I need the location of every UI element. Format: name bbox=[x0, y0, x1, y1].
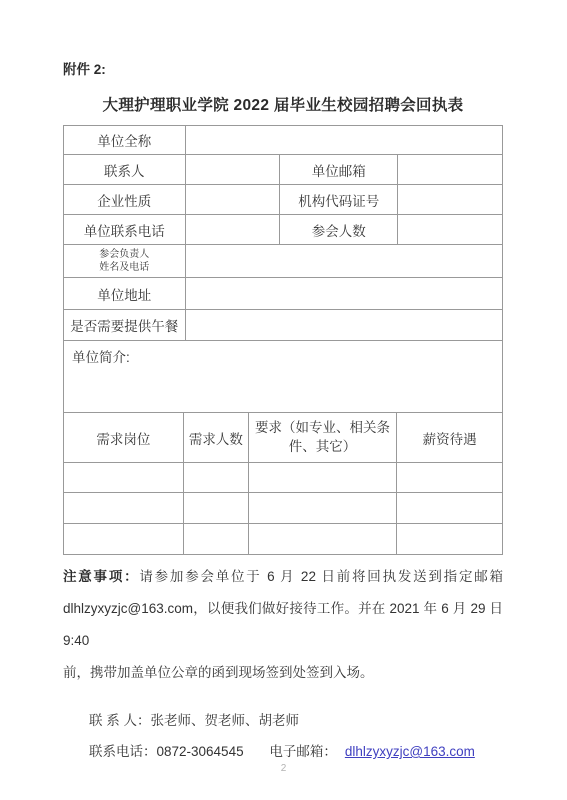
headcount-cell bbox=[183, 493, 248, 524]
column-header-salary: 薪资待遇 bbox=[397, 413, 503, 463]
notes-text-1: 请参加参会单位于 6 月 22 日前将回执发送到指定邮箱 bbox=[139, 569, 503, 584]
table-row: 单位简介: bbox=[64, 341, 503, 413]
table-row: 单位联系电话 参会人数 bbox=[64, 215, 503, 245]
table-row: 是否需要提供午餐 bbox=[64, 310, 503, 341]
page-title: 大理护理职业学院 2022 届毕业生校园招聘会回执表 bbox=[63, 93, 503, 115]
field-value-unit-phone bbox=[185, 215, 280, 245]
notes-line-2: dlhlzyxyzjc@163.com，以便我们做好接待工作。并在 2021 年… bbox=[63, 593, 503, 657]
notes-line-3: 前，携带加盖单位公章的函到现场签到处签到入场。 bbox=[63, 657, 503, 689]
field-label-responsible-person: 参会负责人 姓名及电话 bbox=[64, 245, 186, 278]
contact-phone-label: 联系电话： bbox=[89, 744, 157, 759]
contact-persons-line: 联 系 人：张老师、贺老师、胡老师 bbox=[89, 705, 503, 736]
field-value-contact-person bbox=[185, 155, 280, 185]
table-row bbox=[64, 463, 503, 493]
contact-phone-value: 0872-3064545 bbox=[157, 744, 244, 759]
positions-table: 需求岗位 需求人数 要求（如专业、相关条 件、其它） 薪资待遇 bbox=[63, 412, 503, 555]
field-value-attendee-count bbox=[398, 215, 503, 245]
field-label-unit-address: 单位地址 bbox=[64, 278, 186, 310]
registration-info-table: 单位全称 联系人 单位邮箱 企业性质 机构代码证号 单位联系电话 参会人数 bbox=[63, 125, 503, 413]
notes-label: 注意事项： bbox=[63, 569, 139, 584]
table-row: 参会负责人 姓名及电话 bbox=[64, 245, 503, 278]
field-label-lunch-needed: 是否需要提供午餐 bbox=[64, 310, 186, 341]
field-value-org-code bbox=[398, 185, 503, 215]
field-label-attendee-count: 参会人数 bbox=[280, 215, 398, 245]
contact-email-label: 电子邮箱： bbox=[269, 744, 337, 759]
page-number: 2 bbox=[0, 763, 567, 774]
field-value-unit-email bbox=[398, 155, 503, 185]
requirements-cell bbox=[248, 493, 396, 524]
field-value-enterprise-nature bbox=[185, 185, 280, 215]
field-label-unit-email: 单位邮箱 bbox=[280, 155, 398, 185]
field-value-unit-address bbox=[185, 278, 502, 310]
document-page: 附件 2: 大理护理职业学院 2022 届毕业生校园招聘会回执表 单位全称 联系… bbox=[0, 0, 567, 800]
field-value-responsible-person bbox=[185, 245, 502, 278]
column-header-requirements: 要求（如专业、相关条 件、其它） bbox=[248, 413, 396, 463]
requirements-cell bbox=[248, 463, 396, 493]
field-value-unit-full-name bbox=[185, 126, 502, 155]
column-header-headcount: 需求人数 bbox=[183, 413, 248, 463]
salary-cell bbox=[397, 493, 503, 524]
position-cell bbox=[64, 493, 184, 524]
contact-persons-label: 联 系 人： bbox=[89, 713, 151, 728]
column-header-position: 需求岗位 bbox=[64, 413, 184, 463]
field-value-lunch-needed bbox=[185, 310, 502, 341]
contacts-section: 联 系 人：张老师、贺老师、胡老师 联系电话：0872-3064545 电子邮箱… bbox=[63, 705, 503, 767]
requirements-cell bbox=[248, 524, 396, 555]
notes-line-1: 注意事项：请参加参会单位于 6 月 22 日前将回执发送到指定邮箱 bbox=[63, 561, 503, 593]
email-link[interactable]: dlhlzyxyzjc@163.com bbox=[345, 744, 475, 759]
field-unit-profile: 单位简介: bbox=[64, 341, 503, 413]
table-row: 企业性质 机构代码证号 bbox=[64, 185, 503, 215]
position-cell bbox=[64, 463, 184, 493]
attachment-label: 附件 2: bbox=[63, 58, 503, 78]
field-label-enterprise-nature: 企业性质 bbox=[64, 185, 186, 215]
field-label-unit-phone: 单位联系电话 bbox=[64, 215, 186, 245]
positions-header-row: 需求岗位 需求人数 要求（如专业、相关条 件、其它） 薪资待遇 bbox=[64, 413, 503, 463]
headcount-cell bbox=[183, 524, 248, 555]
table-row bbox=[64, 493, 503, 524]
field-label-contact-person: 联系人 bbox=[64, 155, 186, 185]
table-row: 单位全称 bbox=[64, 126, 503, 155]
salary-cell bbox=[397, 524, 503, 555]
field-label-org-code: 机构代码证号 bbox=[280, 185, 398, 215]
contact-persons-value: 张老师、贺老师、胡老师 bbox=[151, 713, 300, 728]
table-row bbox=[64, 524, 503, 555]
position-cell bbox=[64, 524, 184, 555]
field-label-unit-full-name: 单位全称 bbox=[64, 126, 186, 155]
table-row: 单位地址 bbox=[64, 278, 503, 310]
headcount-cell bbox=[183, 463, 248, 493]
table-row: 联系人 单位邮箱 bbox=[64, 155, 503, 185]
notes-section: 注意事项：请参加参会单位于 6 月 22 日前将回执发送到指定邮箱 dlhlzy… bbox=[63, 561, 503, 689]
salary-cell bbox=[397, 463, 503, 493]
